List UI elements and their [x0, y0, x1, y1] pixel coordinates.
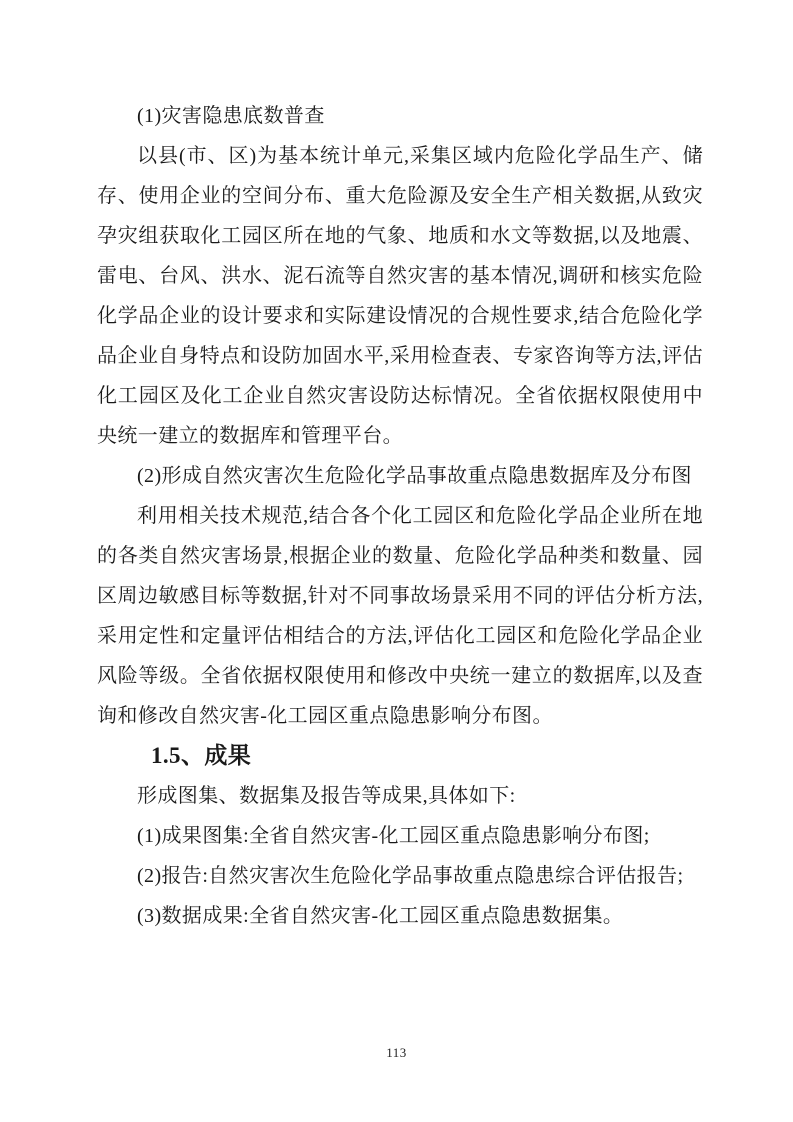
paragraph-hazard-survey-body: 以县(市、区)为基本统计单元,采集区域内危险化学品生产、储存、使用企业的空间分布… — [97, 136, 703, 456]
paragraph-hazard-survey-title: (1)灾害隐患底数普查 — [97, 96, 703, 136]
page-footer: 113 — [0, 1044, 793, 1062]
page-number: 113 — [386, 1045, 407, 1060]
paragraph-database-body: 利用相关技术规范,结合各个化工园区和危险化学品企业所在地的各类自然灾害场景,根据… — [97, 496, 703, 736]
paragraph-results-intro: 形成图集、数据集及报告等成果,具体如下: — [97, 776, 703, 816]
paragraph-results-atlas: (1)成果图集:全省自然灾害-化工园区重点隐患影响分布图; — [97, 816, 703, 856]
paragraph-results-report: (2)报告:自然灾害次生危险化学品事故重点隐患综合评估报告; — [97, 856, 703, 896]
paragraph-database-title: (2)形成自然灾害次生危险化学品事故重点隐患数据库及分布图 — [97, 456, 703, 496]
document-content: (1)灾害隐患底数普查 以县(市、区)为基本统计单元,采集区域内危险化学品生产、… — [97, 96, 703, 936]
document-page: (1)灾害隐患底数普查 以县(市、区)为基本统计单元,采集区域内危险化学品生产、… — [0, 0, 793, 1122]
paragraph-results-dataset: (3)数据成果:全省自然灾害-化工园区重点隐患数据集。 — [97, 896, 703, 936]
section-heading-results: 1.5、成果 — [97, 736, 703, 776]
